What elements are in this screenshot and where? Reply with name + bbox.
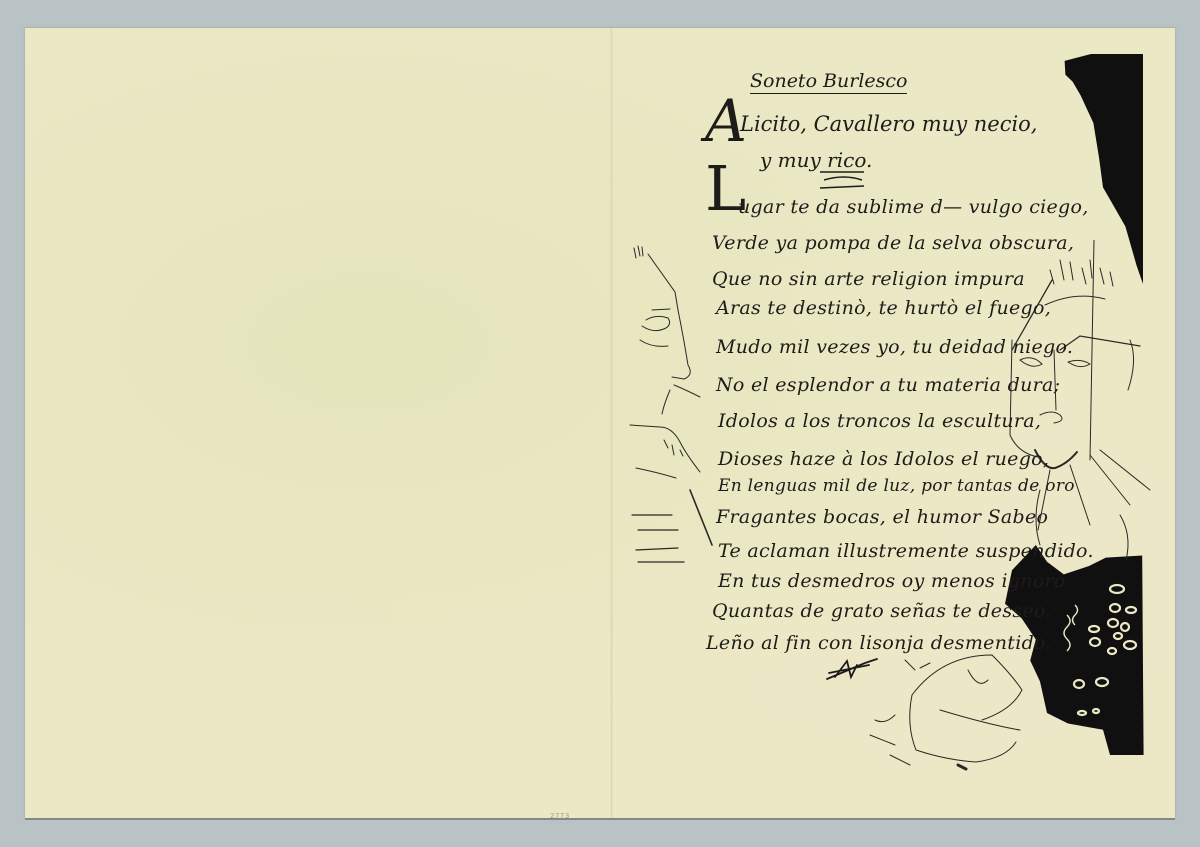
poem-line-4: Aras te destinò, te hurtò el fuego, — [716, 297, 1051, 319]
poem-line-9: En lenguas mil de luz, por tantas de oro — [718, 476, 1075, 496]
poem-line-5: Mudo mil vezes yo, tu deidad niego. — [716, 336, 1073, 358]
blank-left-page — [25, 28, 610, 818]
poem-line-12: En tus desmedros oy menos ignoro — [718, 570, 1066, 592]
poem-line-7: Idolos a los troncos la escultura, — [718, 410, 1041, 432]
center-fold — [610, 28, 613, 818]
catalog-number: 2773 — [550, 812, 570, 820]
poem-line-13: Quantas de grato señas te desseo. — [712, 600, 1052, 622]
decorative-flourish — [818, 168, 868, 190]
dedication-line-1: Licito, Cavallero muy necio, — [740, 112, 1038, 136]
poem-line-6: No el esplendor a tu materia dura; — [716, 374, 1060, 396]
poem-title: Soneto Burlesco — [750, 70, 907, 94]
poem-line-1: ugar te da sublime d— vulgo ciego, — [738, 196, 1089, 218]
poem-line-11: Te aclaman illustremente suspendido. — [718, 540, 1094, 562]
poem-line-3: Que no sin arte religion impura — [712, 268, 1025, 290]
sheet-bottom-edge — [25, 818, 1175, 820]
poem-line-8: Dioses haze à los Idolos el ruego, — [718, 448, 1049, 470]
poem-line-14: Leño al fin con lisonja desmentido. — [706, 632, 1052, 654]
poem-line-2: Verde ya pompa de la selva obscura, — [712, 232, 1074, 254]
monogram-signature — [825, 655, 885, 685]
poem-line-10: Fragantes bocas, el humor Sabeo — [716, 506, 1048, 528]
